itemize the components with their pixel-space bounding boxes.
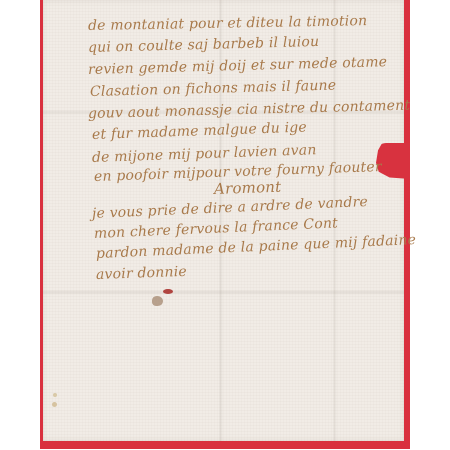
letter-line: Clasation on fichons mais il faune [90, 78, 337, 100]
signature: Aromont [214, 178, 282, 198]
letter-line: et fur madame malgue du ige [92, 120, 307, 143]
letter-line: de montaniat pour et diteu la timotion [88, 13, 368, 34]
letter-line: gouv aout monassje cia nistre du contame… [88, 98, 411, 122]
letter-line: revien gemde mij doij et sur mede otame [88, 54, 388, 78]
letter-line: qui on coulte saj barbeb il luiou [88, 34, 320, 56]
letter-line: avoir donnie [96, 264, 187, 283]
letter-text: de montaniat pour et diteu la timotion q… [0, 0, 450, 450]
